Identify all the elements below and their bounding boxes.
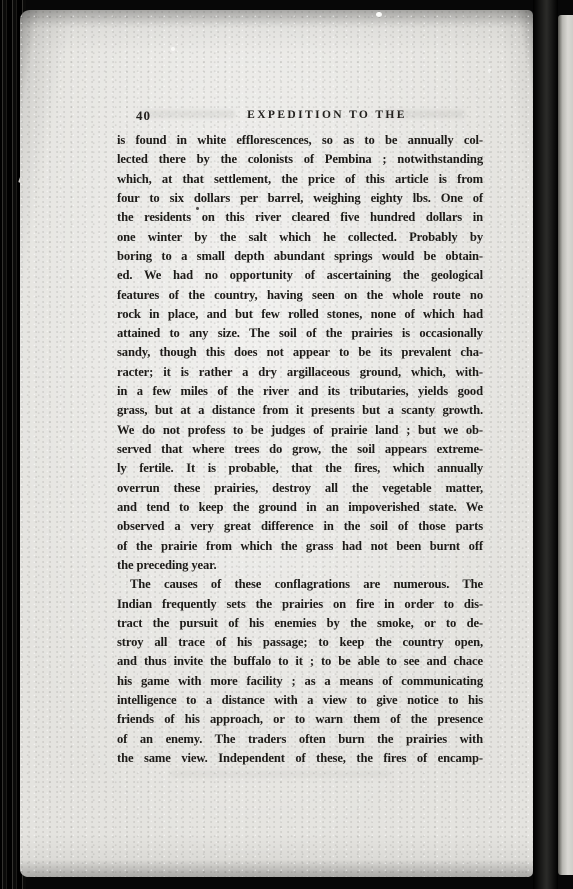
text-line: rock in place, and but few rolled stones… [117,305,483,324]
text-line: The causes of these conflagrations are n… [117,575,483,594]
scanned-book-page-screenshot: { "header": { "page_number": "40", "runn… [0,0,573,889]
scan-speck [171,47,175,51]
text-line: stroy all trace of his passage; to keep … [117,633,483,652]
text-line: overrun these prairies, destroy all the … [117,479,483,498]
text-line: friends of his approach, or to warn them… [117,710,483,729]
page-gutter-shadow [533,0,558,889]
text-line: of an enemy. The traders often burn the … [117,730,483,749]
ink-bleed-smudge [170,770,390,778]
text-line: one winter by the salt which he collecte… [117,228,483,247]
text-line: We do not profess to be judges of prairi… [117,421,483,440]
text-line: his game with more facility ; as a means… [117,672,483,691]
text-line: racter; it is rather a dry argillaceous … [117,363,483,382]
text-line: Indian frequently sets the prairies on f… [117,595,483,614]
ink-blemish [196,207,199,210]
text-line: tract the pursuit of his enemies by the … [117,614,483,633]
scan-speck [376,12,382,17]
text-line: of the prairie from which the grass had … [117,537,483,556]
text-line: and tend to keep the ground in an impove… [117,498,483,517]
text-line: attained to any size. The soil of the pr… [117,324,483,343]
text-line: is found in white efflorescences, so as … [117,131,483,150]
text-line: lected there by the colonists of Pembina… [117,150,483,169]
text-line: ly fertile. It is probable, that the fir… [117,459,483,478]
text-line: which, at that settlement, the price of … [117,170,483,189]
scanned-page: 40 EXPEDITION TO THE is found in white e… [20,10,533,877]
running-title: EXPEDITION TO THE [247,109,407,121]
text-line: ed. We had no opportunity of ascertainin… [117,266,483,285]
text-line: the preceding year. [117,556,483,575]
text-line: grass, but at a distance from it present… [117,401,483,420]
body-text: is found in white efflorescences, so as … [117,131,483,768]
text-line: and thus invite the buffalo to it ; to b… [117,652,483,671]
text-line: served that where trees do grow, the soi… [117,440,483,459]
text-line: sandy, though this does not appear to be… [117,343,483,362]
text-line: four to six dollars per barrel, weighing… [117,189,483,208]
running-header: 40 EXPEDITION TO THE [117,108,483,124]
text-line: the same view. Independent of these, the… [117,749,483,768]
scan-speck [488,69,491,72]
page-number: 40 [136,108,151,124]
text-line: intelligence to a distance with a view t… [117,691,483,710]
text-line: in a few miles of the river and its trib… [117,382,483,401]
text-line: features of the country, having seen on … [117,286,483,305]
text-line: the residents on this river cleared five… [117,208,483,227]
text-line: observed a very great difference in the … [117,517,483,536]
next-page-edge [558,15,573,875]
text-line: boring to a small depth abundant springs… [117,247,483,266]
